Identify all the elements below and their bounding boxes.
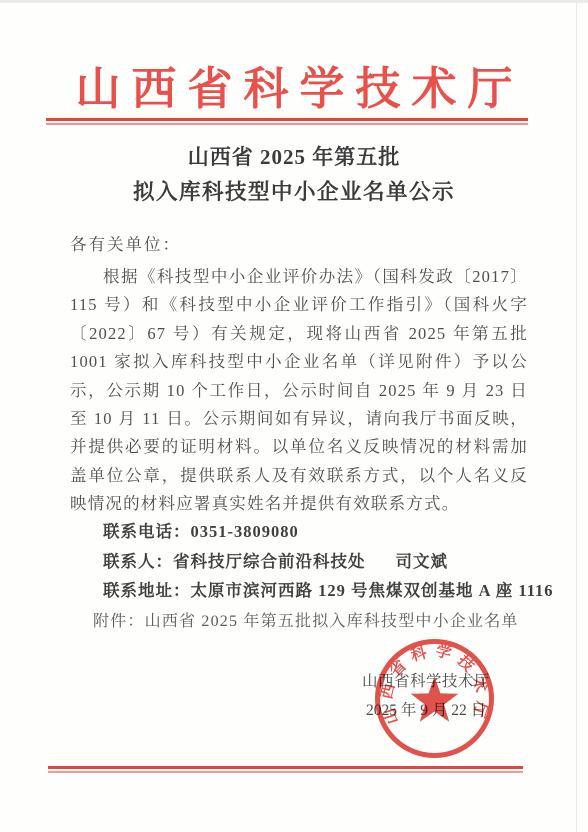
seal-star-icon	[411, 677, 459, 722]
document-page: 山西省科学技术厅 山西省 2025 年第五批 拟入库科技型中小企业名单公示 各有…	[0, 0, 588, 832]
body-paragraph: 根据《科技型中小企业评价办法》（国科发政〔2017〕115 号）和《科技型中小企…	[70, 263, 528, 519]
letterhead-divider	[46, 118, 528, 125]
official-seal-stamp: 山西省科学技术厅	[371, 635, 498, 762]
contact-phone-line: 联系电话：0351-3809080	[103, 517, 554, 547]
contact-address-line: 联系地址：太原市滨河西路 129 号焦煤双创基地 A 座 1116	[103, 576, 554, 606]
contact-block: 联系电话：0351-3809080 联系人：省科技厅综合前沿科技处司文斌 联系地…	[103, 517, 554, 606]
divider-thin-line	[46, 123, 528, 125]
doc-title-line2: 拟入库科技型中小企业名单公示	[0, 175, 588, 206]
contact-person-label: 联系人：省科技厅综合前沿科技处	[103, 552, 366, 571]
attachment-line: 附件：山西省 2025 年第五批拟入库科技型中小企业名单	[93, 608, 519, 631]
footer-thin-line	[48, 771, 523, 773]
salutation: 各有关单位：	[70, 231, 181, 255]
scan-edge-top	[0, 0, 588, 3]
doc-title-line1: 山西省 2025 年第五批	[0, 141, 588, 171]
contact-person-name: 司文斌	[396, 552, 449, 571]
letterhead-title: 山西省科学技术厅	[0, 52, 588, 117]
footer-divider	[48, 766, 523, 773]
contact-person-line: 联系人：省科技厅综合前沿科技处司文斌	[103, 547, 554, 577]
scan-edge-right	[576, 0, 577, 832]
